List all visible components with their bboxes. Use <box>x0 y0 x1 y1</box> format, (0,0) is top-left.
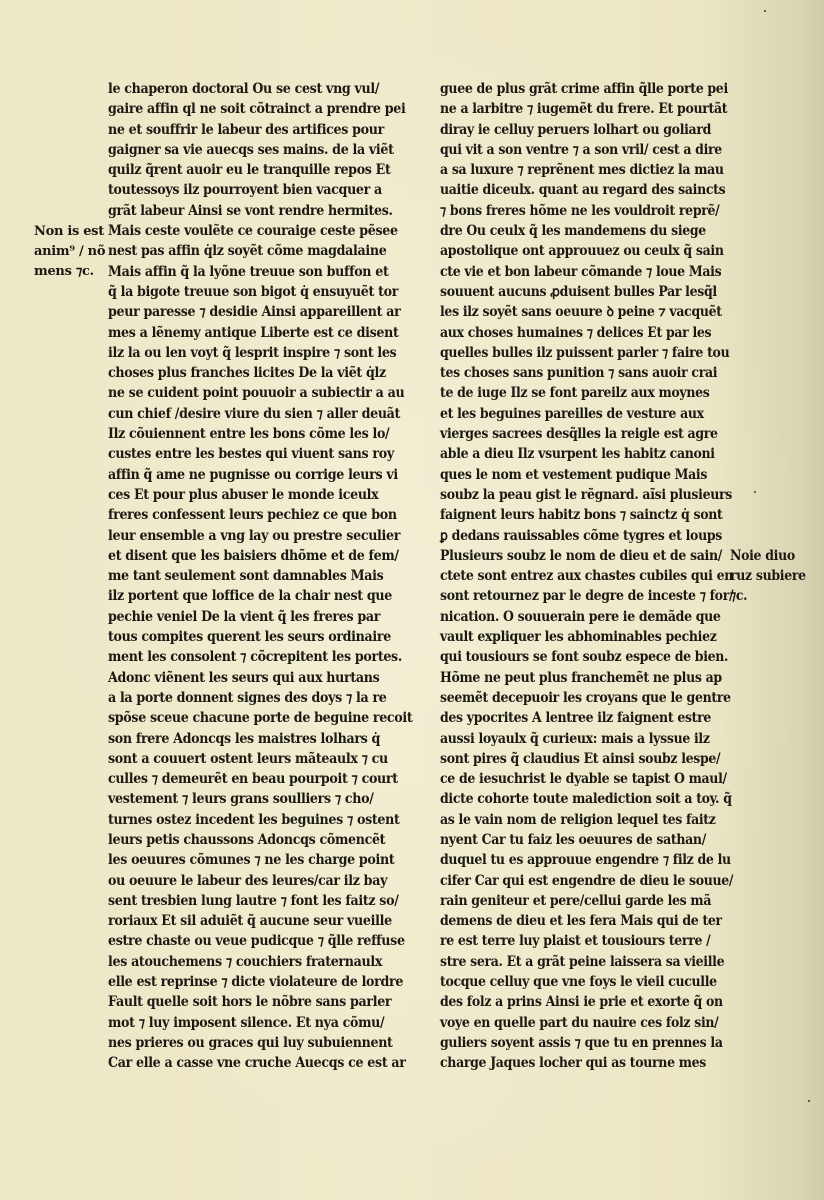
text-line: spõse sceue chacune porte de beguine rec… <box>108 708 411 728</box>
text-line: Mais ceste voulẽte ce couraige ceste pẽs… <box>108 221 411 241</box>
text-line: voye en quelle part du nauire ces folz s… <box>440 1013 744 1033</box>
text-line: charge Jaques locher qui as tourne mes <box>440 1053 744 1073</box>
text-line: choses plus franches licites De la viẽt … <box>108 363 411 383</box>
text-line: guliers soyent assis ⁊ que tu en prennes… <box>440 1033 744 1053</box>
ink-speck <box>764 10 766 12</box>
text-line: ꝑ dedans rauissables cõme tygres et loup… <box>440 526 744 546</box>
text-line: Plusieurs soubz le nom de dieu et de sai… <box>440 546 744 566</box>
text-line: tes choses sans punition ⁊ sans auoir cr… <box>440 363 744 383</box>
text-line: dre Ou ceulx q̃ les mandemens du siege <box>440 221 744 241</box>
text-line: able a dieu Ilz vsurpent les habitz cano… <box>440 444 744 464</box>
text-line: a la porte donnent signes des doys ⁊ la … <box>108 688 411 708</box>
text-line: stre sera. Et a grãt peine laissera sa v… <box>440 952 744 972</box>
text-line: et disent que les baisiers dhõme et de f… <box>108 546 411 566</box>
ink-speck <box>808 1100 810 1102</box>
text-line: nest pas affin q̇lz soyẽt cõme magdalain… <box>108 241 411 261</box>
text-line: quelles bulles ilz puissent parler ⁊ fai… <box>440 343 744 363</box>
text-line: souuent aucuns ꝓduisent bulles Par lesq̃… <box>440 282 744 302</box>
right-text-column: guee de plus grãt crime affin q̃lle port… <box>440 79 770 1074</box>
text-line: aussi loyaulx q̃ curieux: mais a lyssue … <box>440 729 744 749</box>
text-line: et les beguines pareilles de vesture aux <box>440 404 744 424</box>
text-line: duquel tu es approuue engendre ⁊ filz de… <box>440 850 744 870</box>
text-line: cun chief /desire viure du sien ⁊ aller … <box>108 404 411 424</box>
text-line: seemẽt decepuoir les croyans que le gent… <box>440 688 744 708</box>
text-line: cte vie et bon labeur cõmande ⁊ loue Mai… <box>440 262 744 282</box>
side-note: ⁊c. <box>730 586 747 606</box>
text-line: nyent Car tu faiz les oeuures de sathan/ <box>440 830 744 850</box>
text-line: gaire affin ql ne soit cõtrainct a prend… <box>108 99 411 119</box>
text-line: turnes ostez incedent les beguines ⁊ ost… <box>108 810 411 830</box>
text-line: demens de dieu et les fera Mais qui de t… <box>440 911 744 931</box>
text-line: ilz la ou len voyt q̃ lesprit inspire ⁊ … <box>108 343 411 363</box>
text-line: pechie veniel De la vient q̃ les freres … <box>108 607 411 627</box>
side-note: Noie diuo <box>730 546 795 566</box>
text-line: custes entre les bestes qui viuent sans … <box>108 444 411 464</box>
text-line: culles ⁊ demeurẽt en beau pourpoit ⁊ cou… <box>108 769 411 789</box>
text-line: ne et souffrir le labeur des artifices p… <box>108 120 411 140</box>
text-line: aux choses humaines ⁊ delices Et par les <box>440 323 744 343</box>
text-line: cifer Car qui est engendre de dieu le so… <box>440 871 744 891</box>
text-line: Mais affin q̃ la lyõne treuue son buffon… <box>108 262 411 282</box>
text-line: tocque celluy que vne foys le vieil cucu… <box>440 972 744 992</box>
text-line: as le vain nom de religion lequel tes fa… <box>440 810 744 830</box>
text-line: ment les consolent ⁊ cõcrepitent les por… <box>108 647 411 667</box>
text-line: gaigner sa vie auecqs ses mains. de la v… <box>108 140 411 160</box>
text-line: ne se cuident point pouuoir a subiectir … <box>108 383 411 403</box>
text-line: ce de iesuchrist le dyable se tapist O m… <box>440 769 744 789</box>
text-line: ques le nom et vestement pudique Mais <box>440 465 744 485</box>
text-line: leur ensemble a vng lay ou prestre secul… <box>108 526 411 546</box>
text-line: tous compites querent les seurs ordinair… <box>108 627 411 647</box>
text-line: qui tousiours se font soubz espece de bi… <box>440 647 744 667</box>
text-line: vierges sacrees desq̃lles la reigle est … <box>440 424 744 444</box>
text-line: ctete sont entrez aux chastes cubiles qu… <box>440 566 744 586</box>
text-line: Adonc viẽnent les seurs qui aux hurtans <box>108 668 411 688</box>
text-line: vault expliquer les abhominables pechiez <box>440 627 744 647</box>
text-line: sont a couuert ostent leurs mãteaulx ⁊ c… <box>108 749 411 769</box>
text-line: qui vit a son ventre ⁊ a son vril/ cest … <box>440 140 744 160</box>
text-line: toutessoys ilz pourroyent bien vacquer a <box>108 180 411 200</box>
text-line: mot ⁊ luy imposent silence. Et nya cõmu/ <box>108 1013 411 1033</box>
side-note: ruz subiere <box>730 566 806 586</box>
ink-speck <box>754 491 756 493</box>
text-line: uaitie diceulx. quant au regard des sain… <box>440 180 744 200</box>
text-line: son frere Adoncqs les maistres lolhars q… <box>108 729 411 749</box>
text-line: leurs petis chaussons Adoncqs cõmencẽt <box>108 830 411 850</box>
marginal-note: Non is est anim⁹ / nõ mens ⁊c. <box>34 222 106 282</box>
text-line: vestement ⁊ leurs grans soulliers ⁊ cho/ <box>108 789 411 809</box>
text-line: nication. O souuerain pere ie demãde que <box>440 607 744 627</box>
text-line: ou oeuure le labeur des leures/car ilz b… <box>108 871 411 891</box>
ink-speck <box>124 822 126 824</box>
text-line: ilz portent que loffice de la chair nest… <box>108 586 411 606</box>
text-line: affin q̃ ame ne pugnisse ou corrige leur… <box>108 465 411 485</box>
text-line: Hõme ne peut plus franchemẽt ne plus ap <box>440 668 744 688</box>
text-line: des ypocrites A lentree ilz faignent est… <box>440 708 744 728</box>
text-line: grãt labeur Ainsi se vont rendre hermite… <box>108 201 411 221</box>
text-line: diray ie celluy peruers lolhart ou golia… <box>440 120 744 140</box>
text-line: sont pires q̃ claudius Et ainsi soubz le… <box>440 749 744 769</box>
text-line: soubz la peau gist le rẽgnard. aĩsi plus… <box>440 485 744 505</box>
text-line: roriaux Et sil aduiẽt q̃ aucune seur vue… <box>108 911 411 931</box>
text-line: me tant seulement sont damnables Mais <box>108 566 411 586</box>
text-line: elle est reprinse ⁊ dicte violateure de … <box>108 972 411 992</box>
text-line: sent tresbien lung lautre ⁊ font les fai… <box>108 891 411 911</box>
text-line: guee de plus grãt crime affin q̃lle port… <box>440 79 744 99</box>
text-line: apostolique ont approuuez ou ceulx q̃ sa… <box>440 241 744 261</box>
text-line: des folz a prins Ainsi ie prie et exorte… <box>440 992 744 1012</box>
text-line: dicte cohorte toute malediction soit a t… <box>440 789 744 809</box>
marginal-line: Non is est <box>34 222 106 242</box>
text-line: sont retournez par le degre de inceste ⁊… <box>440 586 744 606</box>
text-line: mes a lẽnemy antique Liberte est ce dise… <box>108 323 411 343</box>
text-line: peur paresse ⁊ desidie Ainsi appareillen… <box>108 302 411 322</box>
text-line: Fault quelle soit hors le nõbre sans par… <box>108 992 411 1012</box>
text-line: le chaperon doctoral Ou se cest vng vul/ <box>108 79 411 99</box>
text-line: a sa luxure ⁊ reprẽnent mes dictiez la m… <box>440 160 744 180</box>
left-text-column: le chaperon doctoral Ou se cest vng vul/… <box>108 79 434 1074</box>
text-line: Car elle a casse vne cruche Auecqs ce es… <box>108 1053 411 1073</box>
text-line: quilz q̃rent auoir eu le tranquille repo… <box>108 160 411 180</box>
text-line: nes prieres ou graces qui luy subuiennen… <box>108 1033 411 1053</box>
text-line: te de iuge Ilz se font pareilz aux moyne… <box>440 383 744 403</box>
marginal-line: anim⁹ / nõ <box>34 242 106 262</box>
text-line: q̃ la bigote treuue son bigot q̇ ensuyuẽ… <box>108 282 411 302</box>
text-line: ces Et pour plus abuser le monde iceulx <box>108 485 411 505</box>
text-line: rain geniteur et pere/cellui garde les m… <box>440 891 744 911</box>
text-line: faignent leurs habitz bons ⁊ sainctz q̇ … <box>440 505 744 525</box>
text-line: estre chaste ou veue pudicque ⁊ q̃lle re… <box>108 931 411 951</box>
text-line: les atouchemens ⁊ couchiers fraternaulx <box>108 952 411 972</box>
text-line: les ilz soyẽt sans oeuure ꝺ peine ⁊ vacq… <box>440 302 744 322</box>
text-line: freres confessent leurs pechiez ce que b… <box>108 505 411 525</box>
text-line: ⁊ bons freres hõme ne les vouldroit repr… <box>440 201 744 221</box>
text-line: Ilz cõuiennent entre les bons cõme les l… <box>108 424 411 444</box>
text-line: re est terre luy plaist et tousiours ter… <box>440 931 744 951</box>
marginal-line: mens ⁊c. <box>34 262 106 282</box>
text-line: les oeuures cõmunes ⁊ ne les charge poin… <box>108 850 411 870</box>
text-line: ne a larbitre ⁊ iugemẽt du frere. Et pou… <box>440 99 744 119</box>
